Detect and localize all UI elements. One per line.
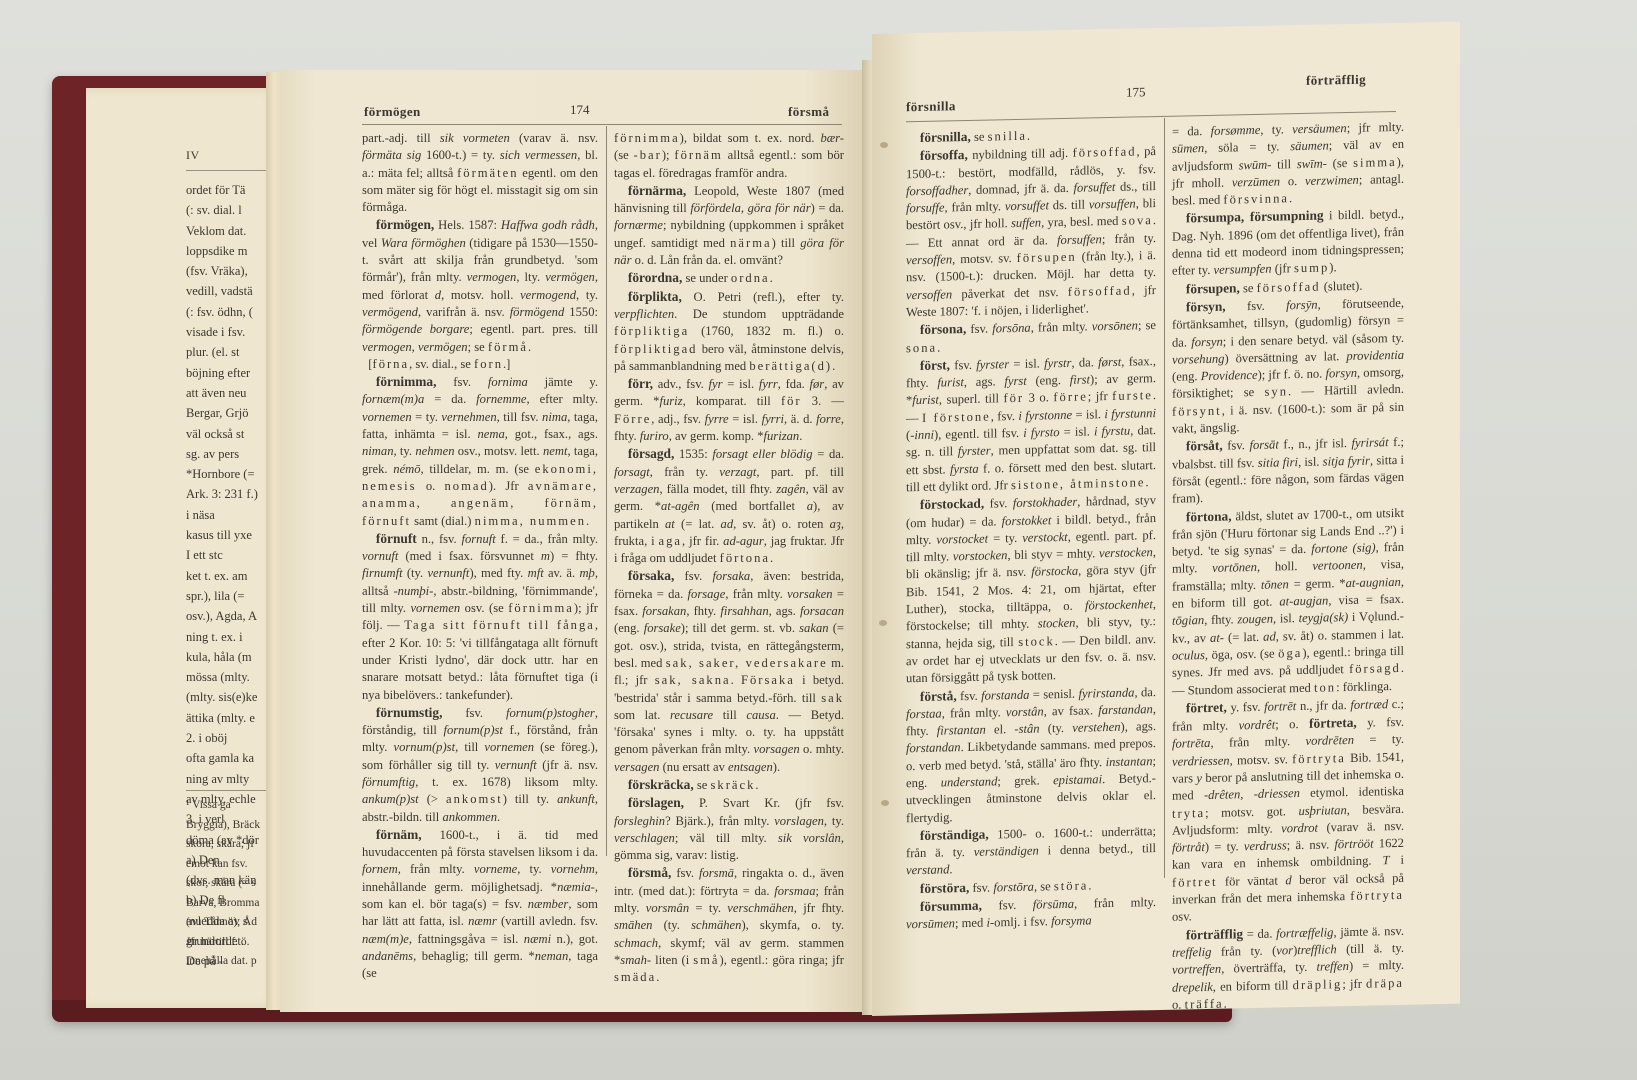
headword: förnäm, (376, 827, 422, 842)
column-divider (1164, 118, 1165, 878)
dictionary-entry: förständiga, 1500- o. 1600-t.: underrätt… (906, 822, 1156, 880)
dictionary-entry: = da. forsømme, ty. versäumen; jfr mlty.… (1172, 119, 1404, 210)
dictionary-entry: försona, fsv. forsōna, från mlty. vorsōn… (906, 316, 1156, 357)
text-line: (nu Tånnö), Åd (186, 913, 260, 933)
binding-mark (880, 142, 888, 148)
headword: försåt, (1186, 438, 1223, 454)
dictionary-entry: förslagen, P. Svart Kr. (jfr fsv. forsle… (614, 794, 844, 864)
headword: förstöra, (920, 880, 969, 896)
text-line: Barva, Bromma (186, 894, 260, 914)
headword: försoffa, (920, 147, 968, 163)
running-head-right: förträfflig (1306, 72, 1366, 89)
running-head-left: förmögen (364, 104, 421, 120)
text-line: loppsdike m (186, 241, 278, 261)
text-line: ket t. ex. am (186, 566, 278, 586)
dictionary-entry: försmå, fsv. forsmā, ringakta o. d., äve… (614, 864, 844, 986)
text-line: I ett stc (186, 545, 278, 565)
text-line: mössa (mlty. (186, 667, 278, 687)
dictionary-entry: försåt, fsv. forsāt f., n., jfr isl. fyr… (1172, 433, 1404, 508)
text-line: Veklom dat. (186, 221, 278, 241)
text-line: (: sv. dial. l (186, 200, 278, 220)
text-line: Bryggia), Bräck (186, 816, 260, 836)
text-line: (fsv. Vräka), (186, 261, 278, 281)
dictionary-entry: försaka, fsv. forsaka, även: bestrida, f… (614, 567, 844, 776)
dictionary-entry: [förna, sv. dial., se forn.] (362, 356, 598, 373)
headword: försyn, (1186, 299, 1226, 315)
text-line: (mlty. sis(e)ke (186, 687, 278, 707)
text-line: i näsa (186, 505, 278, 525)
binding-mark (879, 620, 887, 626)
text-line: vedill, vadstä (186, 281, 278, 301)
dictionary-entry: förmögen, Hels. 1587: Haffwa godh rådh, … (362, 216, 598, 355)
headword: förr, (628, 376, 653, 391)
binding-mark (881, 800, 889, 806)
headword: förskräcka, (628, 777, 694, 792)
headword: förtona, (1186, 508, 1232, 524)
text-line: ordet för Tä (186, 180, 278, 200)
column-2: förnimma), bildat som t. ex. nord. bær- … (614, 130, 844, 987)
headword: förstockad, (920, 496, 984, 512)
left-page-footnotes: ¹ Vissa gaBryggia), Bräckskora, skåra; j… (186, 796, 260, 972)
headword: förplikta, (628, 289, 682, 304)
text-line: skor, skåra (= s (186, 874, 260, 894)
dictionary-entry: förtona, äldst, slutet av 1700-t., om ut… (1172, 503, 1404, 699)
headword: försona, (920, 321, 967, 337)
left-flyleaf-page: IV ordet för Tä(: sv. dial. lVeklom dat.… (86, 88, 278, 1008)
text-line: (: fsv. ödhn, ( (186, 302, 278, 322)
dictionary-entry: försyn, fsv. forsȳn, förutseende, förtän… (1172, 294, 1404, 438)
left-page-running-head: IV (186, 148, 200, 163)
dictionary-entry: förstå, fsv. forstanda = senisl. fyrirst… (906, 683, 1156, 828)
headword: förmögen, (376, 217, 434, 232)
headword: förnärma, (628, 183, 686, 198)
head-rule (362, 124, 842, 125)
dictionary-entry: förnuft n., fsv. fornuft f. = da., från … (362, 530, 598, 704)
dictionary-entry: försagd, 1535: forsagt eller blödig = da… (614, 445, 844, 567)
text-line: ning av mlty (186, 769, 278, 789)
dictionary-entry: förnäm, 1600-t., i ä. tid med huvudaccen… (362, 826, 598, 983)
page-175: försnilla 175 förträfflig försnilla, se … (872, 22, 1460, 1016)
headword: förslagen, (628, 795, 684, 810)
dictionary-entry: försumpa, försumpning i bildl. betyd., D… (1172, 205, 1404, 280)
dictionary-entry: förnumstig, fsv. fornum(p)stogher, först… (362, 704, 598, 826)
headword: förträfflig (1186, 926, 1243, 942)
text-line: innehålla dat. p (186, 952, 260, 972)
text-line: skora, skåra; jf (186, 835, 260, 855)
headword: förtret, (1186, 699, 1227, 715)
headword: försupen, (1186, 280, 1240, 296)
dictionary-entry: först, fsv. fyrster = isl. fyrstr, da. f… (906, 352, 1156, 497)
dictionary-entry: förplikta, O. Petri (refl.), efter ty. v… (614, 288, 844, 375)
text-line: ning t. ex. i (186, 627, 278, 647)
text-line: väl också st (186, 424, 278, 444)
headword: försagd, (628, 446, 675, 461)
headword: försumma, (920, 898, 982, 914)
column-1: part.-adj. till sik vormeten (varav ä. n… (362, 130, 598, 983)
running-head-left: försnilla (906, 98, 956, 115)
page-174: förmögen 174 försmå part.-adj. till sik … (280, 70, 862, 1012)
headword: förnumstig, (376, 705, 443, 720)
headword: försaka, (628, 568, 675, 583)
text-line: emot kan fsv. (186, 855, 260, 875)
text-line: ofta gamla ka (186, 748, 278, 768)
left-page-head-rule (186, 170, 278, 171)
headword: förnuft (376, 531, 417, 546)
dictionary-entry: förstockad, fsv. forstokhader, hårdnad, … (906, 491, 1156, 688)
column-1: försnilla, se snilla.försoffa, nybildnin… (906, 124, 1156, 934)
text-line: Ark. 3: 231 f.) (186, 484, 278, 504)
text-line: ättika (mlty. e (186, 708, 278, 728)
text-line: sg. av pers (186, 444, 278, 464)
text-line: ¹ Vissa ga (186, 796, 260, 816)
column-divider (606, 126, 607, 856)
text-line: plur. (el. st (186, 342, 278, 362)
dictionary-entry: förnimma), bildat som t. ex. nord. bær- … (614, 130, 844, 182)
dictionary-entry: försoffa, nybildning till adj. försoffad… (906, 142, 1156, 321)
page-number: 175 (1126, 84, 1146, 100)
text-line: kula, håla (m (186, 647, 278, 667)
dictionary-entry: förordna, se under ordna. (614, 269, 844, 287)
headword: först, (920, 357, 950, 373)
text-line: Jfr härtill f. ö. (186, 933, 260, 953)
headword: försnilla, (920, 129, 971, 145)
text-line: spr.), lila (= (186, 586, 278, 606)
text-line: kasus till yxe (186, 525, 278, 545)
dictionary-entry: förtret, y. fsv. fortrēt n., jfr da. for… (1172, 695, 1404, 927)
text-line: böjning efter (186, 363, 278, 383)
dictionary-entry: förskräcka, se skräck. (614, 776, 844, 794)
headword: förnimma, (376, 374, 437, 389)
dictionary-entry: part.-adj. till sik vormeten (varav ä. n… (362, 130, 598, 216)
text-line: visade i fsv. (186, 322, 278, 342)
text-line: Bergar, Grjö (186, 403, 278, 423)
footnote-rule (186, 790, 278, 791)
text-line: osv.), Agda, A (186, 606, 278, 626)
running-head-right: försmå (788, 104, 829, 120)
page-number: 174 (570, 102, 590, 118)
dictionary-entry: förr, adv., fsv. fyr = isl. fyrr, fda. f… (614, 375, 844, 445)
text-line: att även neu (186, 383, 278, 403)
column-2: = da. forsømme, ty. versäumen; jfr mlty.… (1172, 119, 1404, 1014)
dictionary-entry: försumma, fsv. försūma, från mlty. vorsū… (906, 893, 1156, 934)
dictionary-entry: förnärma, Leopold, Weste 1807 (med hänvi… (614, 182, 844, 269)
headword: försumpa, försumpning (1186, 208, 1324, 226)
text-line: 2. i oböj (186, 728, 278, 748)
dictionary-entry: förnimma, fsv. fornima jämte y. fornæm(m… (362, 373, 598, 530)
headword: förstå, (920, 688, 957, 704)
dictionary-entry: förträfflig = da. fortræffelig, jämte ä.… (1172, 922, 1404, 1014)
headword: förordna, (628, 270, 682, 285)
headword: försmå, (628, 865, 672, 880)
text-line: *Hornbore (= (186, 464, 278, 484)
headword: förständiga, (920, 826, 989, 842)
